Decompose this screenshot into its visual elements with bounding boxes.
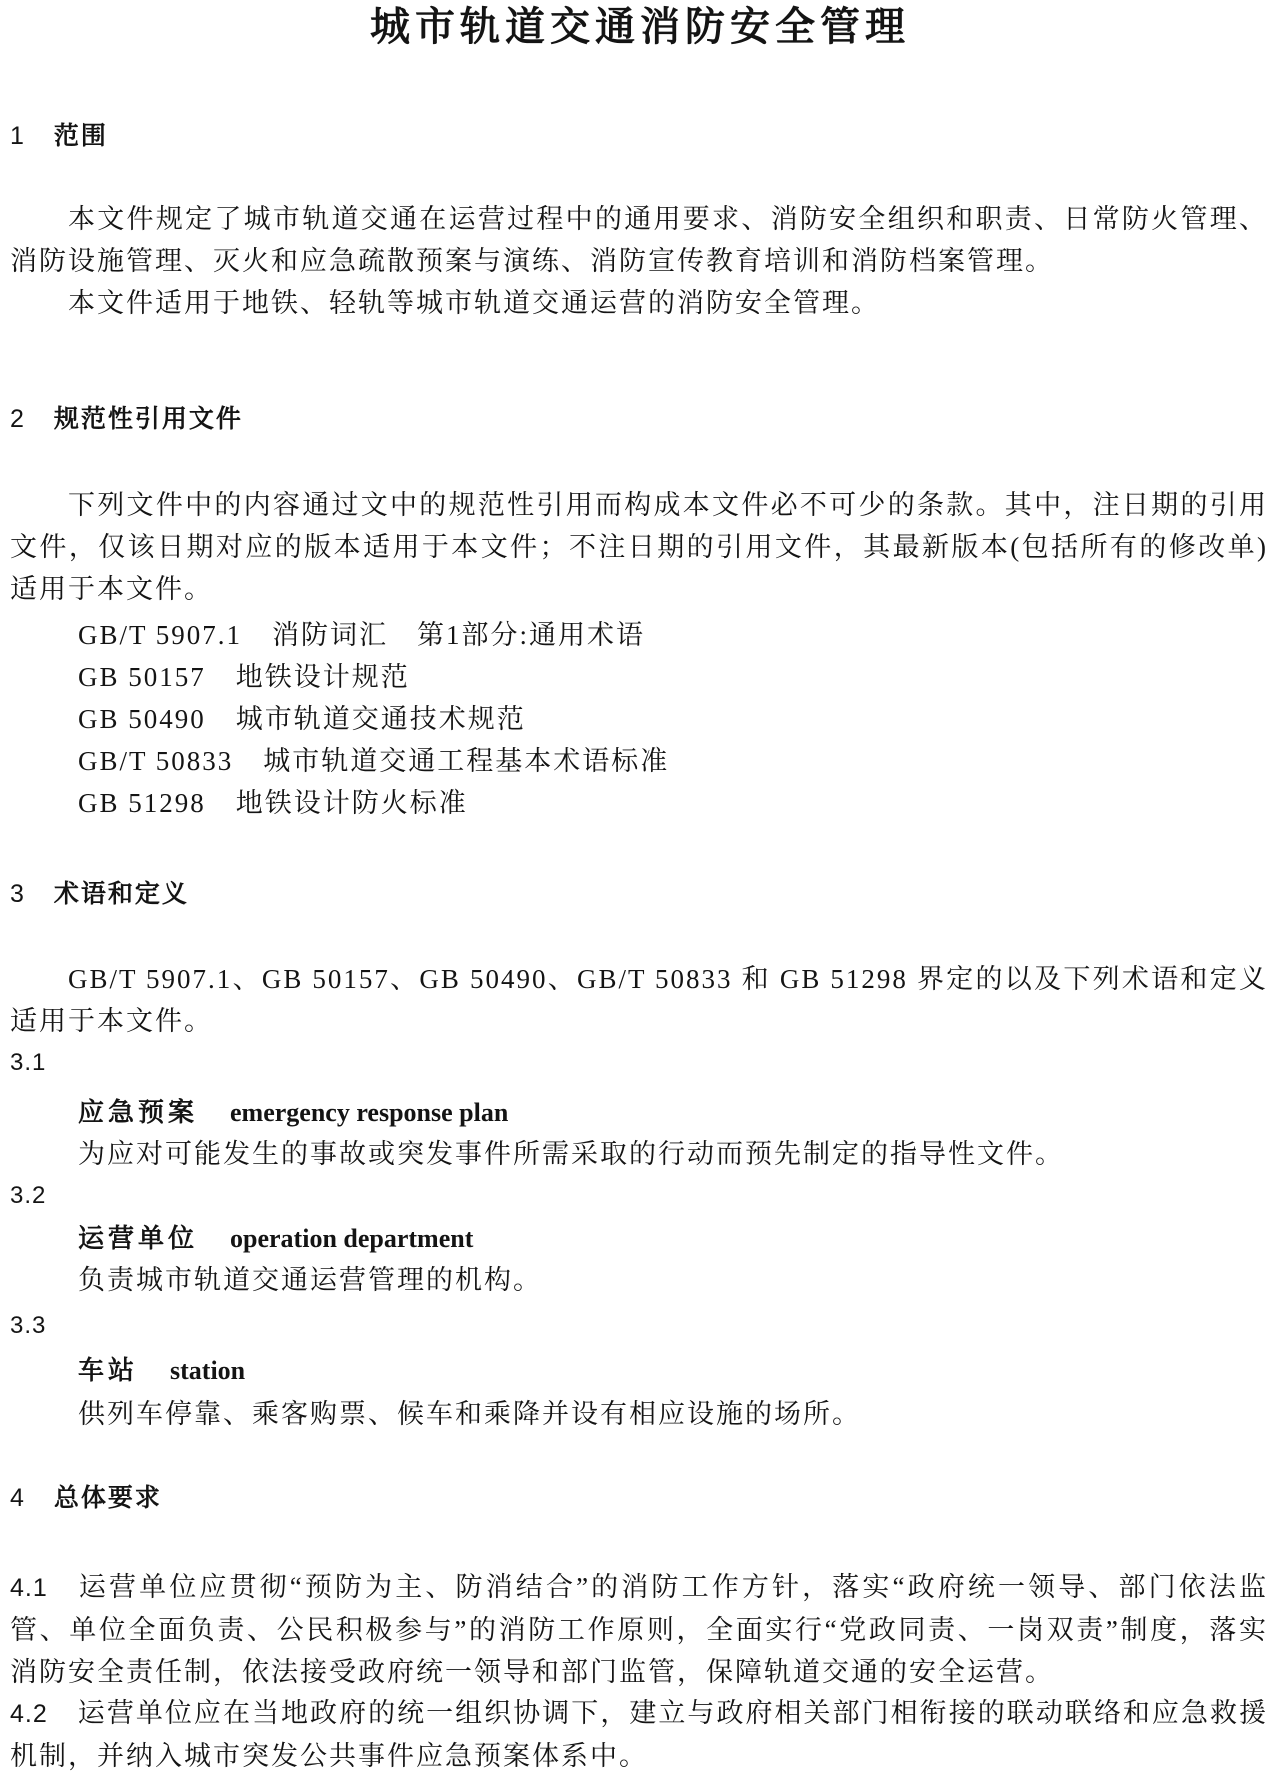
section-number: 4	[10, 1482, 24, 1514]
reference-item: GB 50490城市轨道交通技术规范	[10, 698, 1268, 740]
reference-name: 消防词汇 第1部分:通用术语	[272, 620, 645, 650]
normative-references-list: GB/T 5907.1消防词汇 第1部分:通用术语 GB 50157地铁设计规范…	[10, 614, 1268, 824]
reference-code: GB/T 50833	[78, 746, 233, 776]
term-definition: 为应对可能发生的事故或突发事件所需采取的行动而预先制定的指导性文件。	[78, 1133, 1268, 1175]
term-english: emergency response plan	[230, 1098, 508, 1127]
term-heading: 车站station	[78, 1349, 1268, 1396]
reference-item: GB 50157地铁设计规范	[10, 656, 1268, 698]
normative-references-intro: 下列文件中的内容通过文中的规范性引用而构成本文件必不可少的条款。其中，注日期的引…	[10, 484, 1268, 610]
term-number: 3.1	[10, 1042, 46, 1084]
section-heading-scope: 1 范围	[10, 120, 1268, 152]
reference-name: 地铁设计规范	[236, 662, 410, 692]
clause-number: 4.1	[10, 1574, 48, 1602]
section-heading-general-requirements: 4 总体要求	[10, 1482, 1268, 1514]
term-chinese: 应急预案	[78, 1097, 198, 1127]
section-label: 规范性引用文件	[54, 403, 243, 435]
term-heading: 运营单位operation department	[78, 1217, 1268, 1264]
section-heading-terms-definitions: 3 术语和定义	[10, 878, 1268, 910]
reference-code: GB 50490	[78, 704, 206, 734]
term-english: operation department	[230, 1224, 473, 1253]
reference-name: 城市轨道交通技术规范	[236, 704, 526, 734]
section-label: 术语和定义	[54, 878, 189, 910]
clause-4-2: 4.2运营单位应在当地政府的统一组织协调下，建立与政府相关部门相衔接的联动联络和…	[10, 1692, 1268, 1775]
reference-item: GB/T 5907.1消防词汇 第1部分:通用术语	[10, 614, 1268, 656]
standard-document-page: 城市轨道交通消防安全管理 1 范围 本文件规定了城市轨道交通在运营过程中的通用要…	[0, 0, 1280, 1775]
clause-4-1: 4.1运营单位应贯彻“预防为主、防消结合”的消防工作方针，落实“政府统一领导、部…	[10, 1566, 1268, 1693]
section-heading-normative-references: 2 规范性引用文件	[10, 403, 1268, 435]
section-label: 总体要求	[54, 1482, 162, 1514]
terms-intro: GB/T 5907.1、GB 50157、GB 50490、GB/T 50833…	[10, 958, 1268, 1042]
reference-item: GB/T 50833城市轨道交通工程基本术语标准	[10, 740, 1268, 782]
reference-name: 地铁设计防火标准	[236, 788, 468, 818]
reference-item: GB 51298地铁设计防火标准	[10, 782, 1268, 824]
clause-number: 4.2	[10, 1700, 48, 1728]
reference-code: GB 50157	[78, 662, 206, 692]
scope-paragraphs: 本文件规定了城市轨道交通在运营过程中的通用要求、消防安全组织和职责、日常防火管理…	[10, 198, 1268, 324]
clause-text: 运营单位应在当地政府的统一组织协调下，建立与政府相关部门相衔接的联动联络和应急救…	[10, 1698, 1268, 1771]
reference-code: GB 51298	[78, 788, 206, 818]
term-heading: 应急预案emergency response plan	[78, 1091, 1268, 1138]
term-english: station	[170, 1356, 245, 1385]
reference-name: 城市轨道交通工程基本术语标准	[263, 746, 669, 776]
term-definition: 供列车停靠、乘客购票、候车和乘降并设有相应设施的场所。	[78, 1393, 1268, 1435]
clause-text: 运营单位应贯彻“预防为主、防消结合”的消防工作方针，落实“政府统一领导、部门依法…	[10, 1572, 1268, 1687]
term-chinese: 车站	[78, 1355, 138, 1385]
term-number: 3.3	[10, 1305, 46, 1347]
section-number: 1	[10, 120, 24, 152]
reference-code: GB/T 5907.1	[78, 620, 242, 650]
scope-paragraph-1: 本文件规定了城市轨道交通在运营过程中的通用要求、消防安全组织和职责、日常防火管理…	[10, 198, 1268, 282]
term-chinese: 运营单位	[78, 1223, 198, 1253]
section-number: 3	[10, 878, 24, 910]
section-number: 2	[10, 403, 24, 435]
term-definition: 负责城市轨道交通运营管理的机构。	[78, 1259, 1268, 1301]
document-title: 城市轨道交通消防安全管理	[0, 0, 1280, 54]
term-number: 3.2	[10, 1175, 46, 1217]
section-label: 范围	[54, 120, 108, 152]
scope-paragraph-2: 本文件适用于地铁、轻轨等城市轨道交通运营的消防安全管理。	[10, 282, 1268, 324]
